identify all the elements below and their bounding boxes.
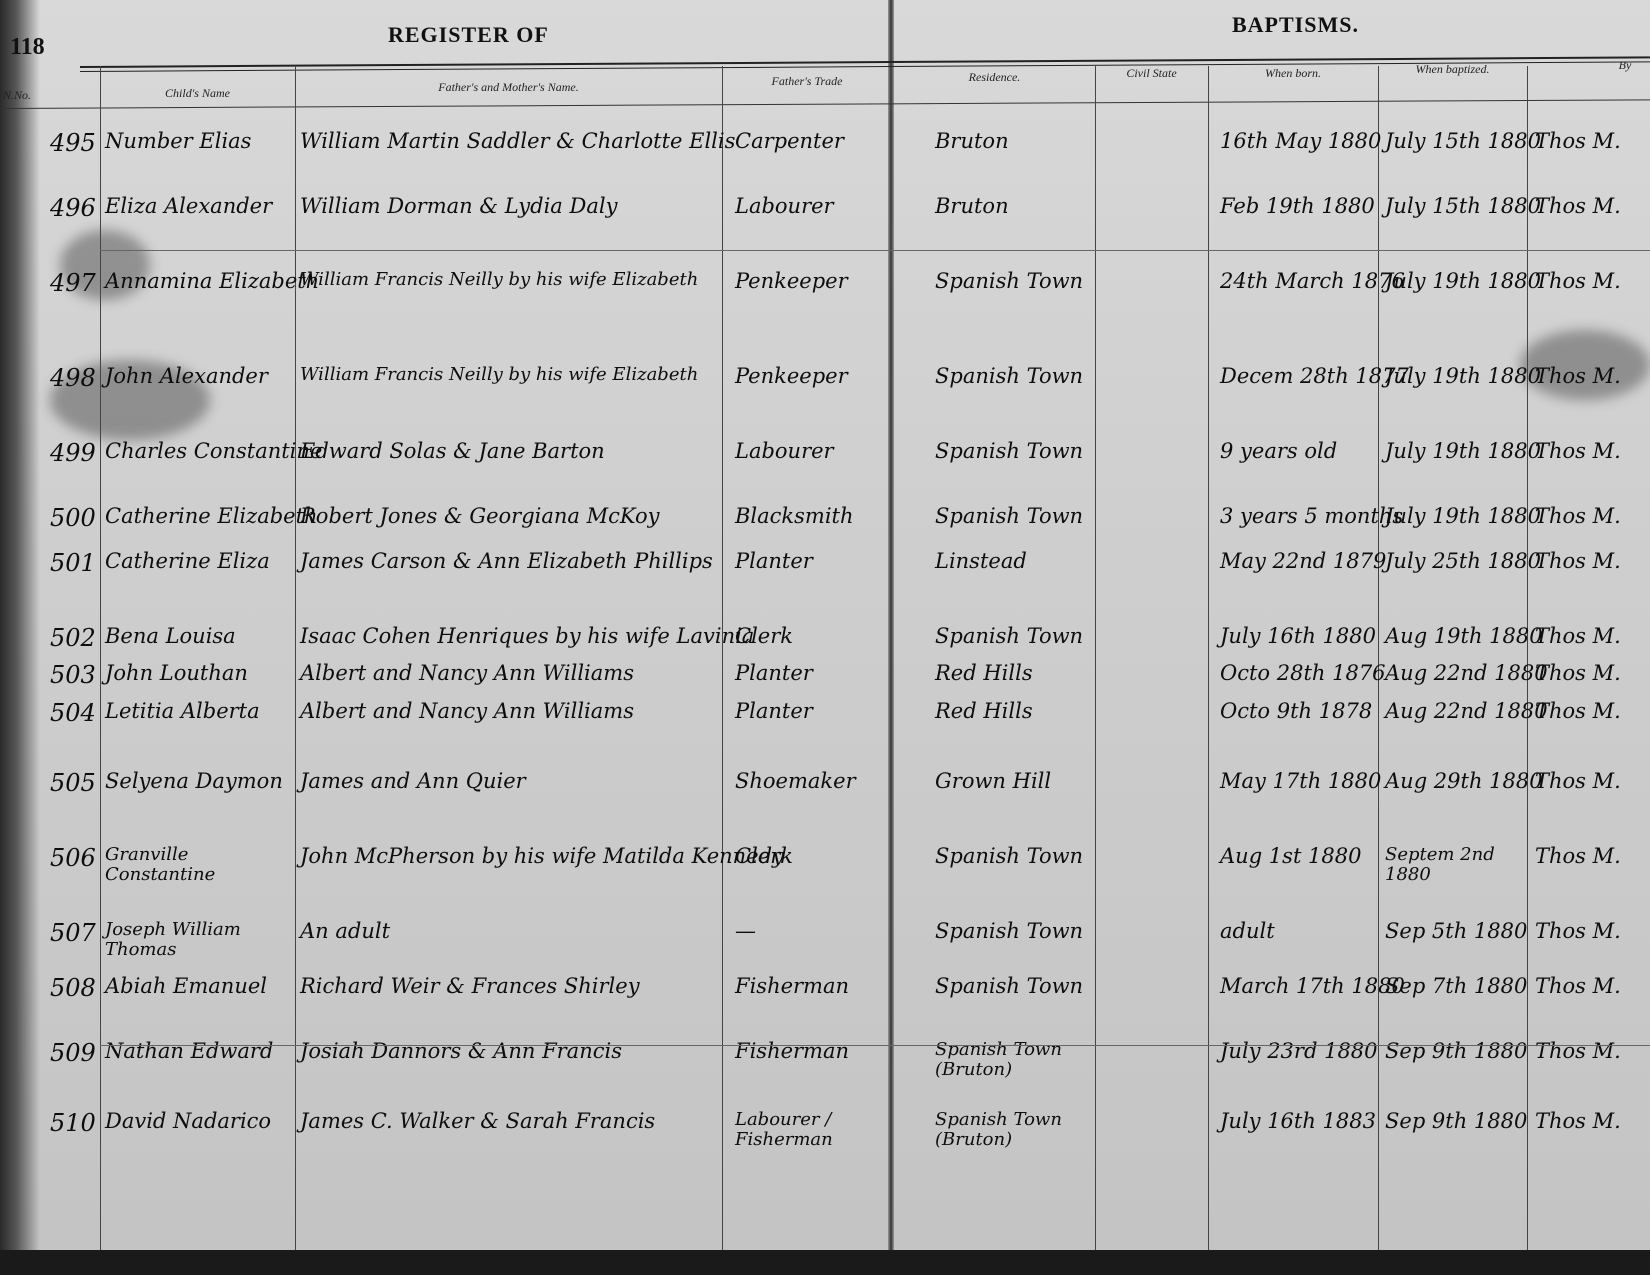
baptized-by: Thos M.	[1535, 625, 1650, 648]
child-name: Nathan Edward	[105, 1040, 295, 1063]
father-trade: Fisherman	[735, 975, 885, 998]
when-born: July 16th 1883	[1220, 1110, 1380, 1133]
father-trade: Carpenter	[735, 130, 885, 153]
column-divider	[295, 66, 296, 1250]
when-born: Aug 1st 1880	[1220, 845, 1380, 868]
when-born: Octo 9th 1878	[1220, 700, 1380, 723]
entry-number: 495	[50, 130, 98, 156]
when-baptized: July 25th 1880	[1385, 550, 1530, 573]
residence: Red Hills	[935, 700, 1100, 723]
when-born: July 23rd 1880	[1220, 1040, 1380, 1063]
title-register-of: REGISTER OF	[388, 22, 549, 48]
header-parents: Father's and Mother's Name.	[295, 80, 722, 95]
entry-number: 503	[50, 662, 98, 688]
when-baptized: Sep 7th 1880	[1385, 975, 1530, 998]
when-born: 9 years old	[1220, 440, 1380, 463]
father-trade: Penkeeper	[735, 365, 885, 388]
when-born: Octo 28th 1876	[1220, 662, 1380, 685]
entry-number: 506	[50, 845, 98, 871]
baptized-by: Thos M.	[1535, 270, 1650, 293]
child-name: Eliza Alexander	[105, 195, 295, 218]
header-when-born: When born.	[1208, 66, 1378, 81]
parents-name: William Martin Saddler & Charlotte Ellis	[300, 130, 720, 153]
baptized-by: Thos M.	[1535, 920, 1650, 943]
father-trade: Planter	[735, 550, 885, 573]
entry-number: 498	[50, 365, 98, 391]
baptized-by: Thos M.	[1535, 770, 1650, 793]
entry-number: 504	[50, 700, 98, 726]
father-trade: Planter	[735, 662, 885, 685]
child-name: Bena Louisa	[105, 625, 295, 648]
parents-name: James C. Walker & Sarah Francis	[300, 1110, 720, 1133]
when-born: May 17th 1880	[1220, 770, 1380, 793]
header-trade: Father's Trade	[722, 74, 892, 89]
column-divider	[1527, 66, 1528, 1250]
baptized-by: Thos M.	[1535, 700, 1650, 723]
entry-number: 496	[50, 195, 98, 221]
header-residence: Residence.	[894, 70, 1095, 85]
when-born: Decem 28th 1877	[1220, 365, 1380, 388]
child-name: Selyena Daymon	[105, 770, 295, 793]
when-born: 16th May 1880	[1220, 130, 1380, 153]
header-number: N.No.	[2, 88, 32, 103]
baptized-by: Thos M.	[1535, 440, 1650, 463]
entry-number: 500	[50, 505, 98, 531]
residence: Linstead	[935, 550, 1100, 573]
residence: Spanish Town	[935, 505, 1100, 528]
when-baptized: Aug 22nd 1880	[1385, 700, 1530, 723]
baptized-by: Thos M.	[1535, 365, 1650, 388]
when-baptized: July 19th 1880	[1385, 365, 1530, 388]
entry-number: 507	[50, 920, 98, 946]
father-trade: Labourer	[735, 440, 885, 463]
baptized-by: Thos M.	[1535, 130, 1650, 153]
book-binding	[888, 0, 894, 1250]
when-baptized: Aug 19th 1880	[1385, 625, 1530, 648]
column-divider	[722, 66, 723, 1250]
residence: Spanish Town	[935, 625, 1100, 648]
child-name: Number Elias	[105, 130, 295, 153]
baptized-by: Thos M.	[1535, 975, 1650, 998]
entry-number: 509	[50, 1040, 98, 1066]
when-born: 24th March 1876	[1220, 270, 1380, 293]
parents-name: William Francis Neilly by his wife Eliza…	[300, 270, 720, 290]
title-baptisms: BAPTISMS.	[1232, 12, 1359, 38]
row-rule	[100, 1045, 1650, 1046]
father-trade: Fisherman	[735, 1040, 885, 1063]
when-born: adult	[1220, 920, 1380, 943]
child-name: Joseph William Thomas	[105, 920, 295, 960]
parents-name: Albert and Nancy Ann Williams	[300, 700, 720, 723]
parents-name: Robert Jones & Georgiana McKoy	[300, 505, 720, 528]
residence: Spanish Town	[935, 440, 1100, 463]
father-trade: Blacksmith	[735, 505, 885, 528]
father-trade: Labourer	[735, 195, 885, 218]
when-born: March 17th 1880	[1220, 975, 1380, 998]
father-trade: Planter	[735, 700, 885, 723]
residence: Bruton	[935, 195, 1100, 218]
child-name: Catherine Eliza	[105, 550, 295, 573]
residence: Grown Hill	[935, 770, 1100, 793]
when-born: 3 years 5 months	[1220, 505, 1380, 528]
baptized-by: Thos M.	[1535, 505, 1650, 528]
entry-number: 499	[50, 440, 98, 466]
residence: Spanish Town	[935, 365, 1100, 388]
header-when-baptized: When baptized.	[1378, 62, 1527, 77]
when-baptized: Aug 22nd 1880	[1385, 662, 1530, 685]
entry-number: 501	[50, 550, 98, 576]
page-number: 118	[10, 34, 45, 61]
child-name: Annamina Elizabeth	[105, 270, 295, 293]
parents-name: Richard Weir & Frances Shirley	[300, 975, 720, 998]
child-name: Letitia Alberta	[105, 700, 295, 723]
when-baptized: July 19th 1880	[1385, 270, 1530, 293]
column-divider	[1208, 66, 1209, 1250]
entry-number: 510	[50, 1110, 98, 1136]
father-trade: Shoemaker	[735, 770, 885, 793]
residence: Bruton	[935, 130, 1100, 153]
parents-name: John McPherson by his wife Matilda Kenne…	[300, 845, 720, 868]
parents-name: An adult	[300, 920, 720, 943]
child-name: Abiah Emanuel	[105, 975, 295, 998]
when-baptized: July 19th 1880	[1385, 505, 1530, 528]
parents-name: Albert and Nancy Ann Williams	[300, 662, 720, 685]
row-rule	[100, 250, 1650, 251]
when-baptized: Sep 5th 1880	[1385, 920, 1530, 943]
father-trade: Penkeeper	[735, 270, 885, 293]
parents-name: William Francis Neilly by his wife Eliza…	[300, 365, 720, 385]
entry-number: 497	[50, 270, 98, 296]
parents-name: Isaac Cohen Henriques by his wife Lavini…	[300, 625, 720, 648]
residence: Spanish Town	[935, 845, 1100, 868]
parents-name: Josiah Dannors & Ann Francis	[300, 1040, 720, 1063]
header-civil-state: Civil State	[1095, 66, 1208, 81]
father-trade: Clerk	[735, 625, 885, 648]
when-baptized: Sep 9th 1880	[1385, 1040, 1530, 1063]
column-divider	[100, 66, 101, 1250]
baptized-by: Thos M.	[1535, 1110, 1650, 1133]
parents-name: James Carson & Ann Elizabeth Phillips	[300, 550, 720, 573]
header-by-whom: By	[1600, 58, 1650, 73]
baptized-by: Thos M.	[1535, 1040, 1650, 1063]
parents-name: James and Ann Quier	[300, 770, 720, 793]
child-name: David Nadarico	[105, 1110, 295, 1133]
when-baptized: July 15th 1880	[1385, 130, 1530, 153]
baptized-by: Thos M.	[1535, 662, 1650, 685]
child-name: John Alexander	[105, 365, 295, 388]
father-trade: Labourer / Fisherman	[735, 1110, 885, 1150]
entry-number: 508	[50, 975, 98, 1001]
when-baptized: July 19th 1880	[1385, 440, 1530, 463]
baptized-by: Thos M.	[1535, 845, 1650, 868]
residence: Spanish Town (Bruton)	[935, 1110, 1100, 1150]
when-baptized: July 15th 1880	[1385, 195, 1530, 218]
residence: Red Hills	[935, 662, 1100, 685]
register-page: 118 REGISTER OF BAPTISMS. N.No. Child's …	[0, 0, 1650, 1250]
entry-number: 505	[50, 770, 98, 796]
parents-name: William Dorman & Lydia Daly	[300, 195, 720, 218]
residence: Spanish Town	[935, 920, 1100, 943]
when-baptized: Sep 9th 1880	[1385, 1110, 1530, 1133]
column-divider	[1378, 66, 1379, 1250]
residence: Spanish Town	[935, 975, 1100, 998]
father-trade: —	[735, 920, 885, 943]
entry-number: 502	[50, 625, 98, 651]
father-trade: Clerk	[735, 845, 885, 868]
parents-name: Edward Solas & Jane Barton	[300, 440, 720, 463]
child-name: Charles Constantine	[105, 440, 295, 463]
child-name: John Louthan	[105, 662, 295, 685]
child-name: Granville Constantine	[105, 845, 295, 885]
child-name: Catherine Elizabeth	[105, 505, 295, 528]
baptized-by: Thos M.	[1535, 550, 1650, 573]
baptized-by: Thos M.	[1535, 195, 1650, 218]
header-child-name: Child's Name	[100, 86, 295, 101]
when-born: May 22nd 1879	[1220, 550, 1380, 573]
residence: Spanish Town	[935, 270, 1100, 293]
when-born: July 16th 1880	[1220, 625, 1380, 648]
when-born: Feb 19th 1880	[1220, 195, 1380, 218]
when-baptized: Septem 2nd 1880	[1385, 845, 1530, 885]
when-baptized: Aug 29th 1880	[1385, 770, 1530, 793]
